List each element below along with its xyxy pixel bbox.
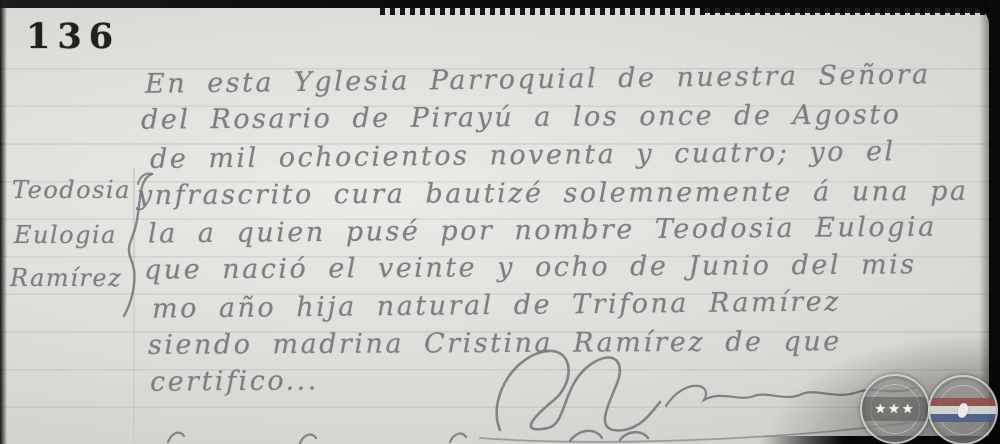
scanned-baptism-record-page: 136 Teodosia Eulogia Ramírez En esta Ygl…	[0, 0, 1000, 444]
cutoff-next-line-strokes	[150, 426, 690, 444]
margin-name-line: Eulogia	[14, 221, 117, 249]
seal-stars-glyphs: ★★★	[875, 402, 916, 417]
page-number: 136	[26, 16, 120, 57]
scan-edge-top-right	[700, 8, 1000, 13]
archive-seal-stars: ★★★	[860, 374, 930, 444]
margin-name-line: Ramírez	[10, 264, 122, 292]
scan-edge-top	[0, 0, 1000, 8]
record-text-line: que nació el veinte y ocho de Junio del …	[144, 249, 917, 285]
archive-seal-paraguay-flag	[928, 375, 998, 444]
record-text-line: del Rosario de Pirayú a los once de Agos…	[141, 99, 902, 135]
scan-edge-left	[0, 0, 7, 444]
record-text-line: ynfrascrito cura bautizé solemnemente á …	[137, 176, 969, 211]
record-text-line: certifico...	[150, 365, 319, 397]
margin-name-line: Teodosia	[12, 176, 131, 204]
